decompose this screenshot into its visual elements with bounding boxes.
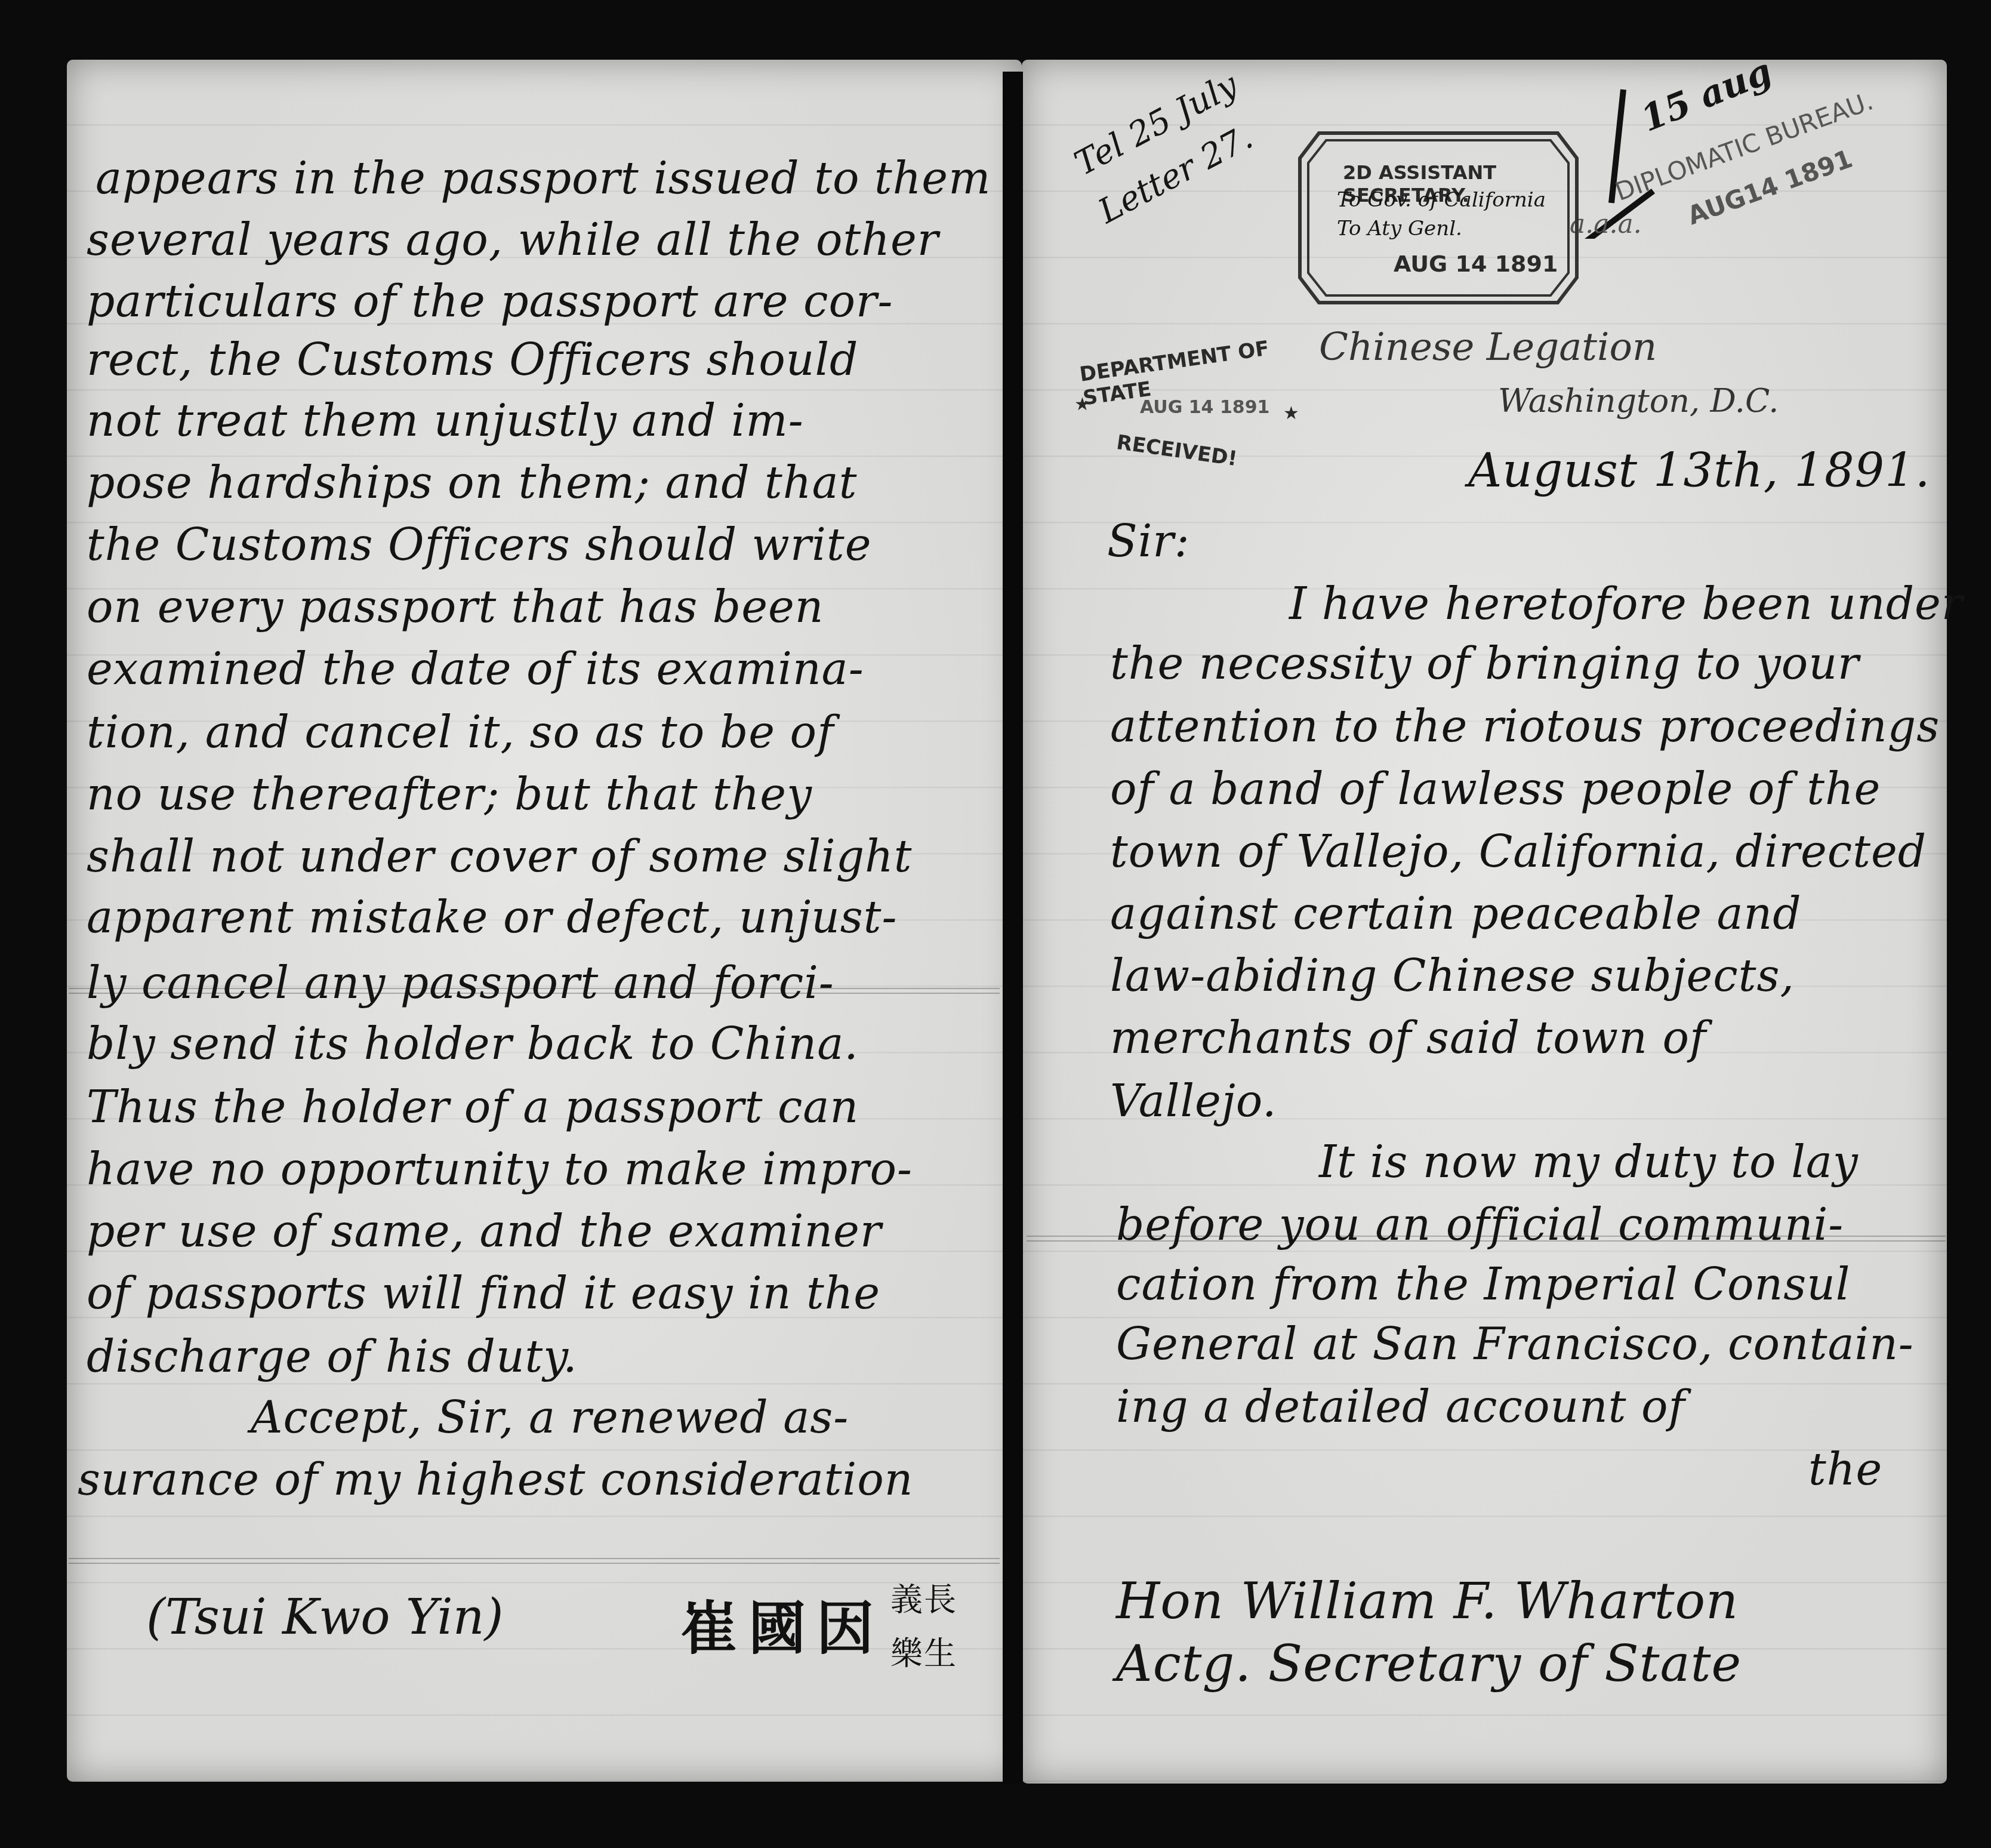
text-line: several years ago, while all the other — [87, 218, 939, 262]
text-line: of a band of lawless people of the — [1110, 767, 1881, 811]
text-line: rect, the Customs Officers should — [87, 338, 858, 382]
text-line: have no opportunity to make impro- — [87, 1147, 913, 1191]
text-line: pose hardships on them; and that — [87, 461, 857, 505]
star-icon: ★ — [1074, 394, 1090, 415]
addressee-title: Actg. Secretary of State — [1116, 1638, 1742, 1689]
page-gutter — [1003, 72, 1023, 1785]
stamp-note: To Aty Genl. — [1337, 217, 1462, 241]
seal-char: 義 — [890, 1575, 923, 1621]
department-of-state-stamp: DEPARTMENT OF STATE ★ AUG 14 1891 ★ RECE… — [1068, 334, 1319, 489]
text-line: on every passport that has been — [87, 585, 824, 629]
text-line: examined the date of its examina- — [87, 647, 864, 691]
text-line: I have heretofore been under — [1289, 582, 1963, 626]
text-line: of passports will find it easy in the — [87, 1271, 880, 1316]
text-line: the — [1808, 1447, 1882, 1492]
text-line: bly send its holder back to China. — [87, 1022, 859, 1066]
assistant-secretary-stamp: 2D ASSISTANT SECRETARY. To Gov. of Calif… — [1295, 128, 1582, 307]
text-line: apparent mistake or defect, unjust- — [87, 895, 898, 940]
text-line: ing a detailed account of — [1116, 1385, 1685, 1429]
seal-char: 生 — [924, 1628, 956, 1674]
text-line: no use thereafter; but that they — [87, 772, 812, 817]
letterhead-location: Washington, D.C. — [1498, 382, 1779, 420]
seal-char: 長 — [924, 1575, 956, 1621]
text-line: discharge of his duty. — [87, 1335, 578, 1379]
letterhead-organization: Chinese Legation — [1319, 325, 1657, 369]
stamp-date: AUG 14 1891 — [1140, 397, 1269, 418]
text-line: attention to the riotous proceedings — [1110, 704, 1940, 749]
ruled-line — [69, 1558, 1000, 1564]
text-line: It is now my duty to lay — [1319, 1140, 1859, 1184]
text-line: the necessity of bringing to your — [1110, 642, 1859, 686]
text-line: Accept, Sir, a renewed as- — [251, 1396, 849, 1440]
text-line: surance of my highest consideration — [78, 1458, 913, 1502]
letter-date: August 13th, 1891. — [1468, 448, 1931, 494]
text-line: cation from the Imperial Consul — [1116, 1262, 1850, 1307]
text-line: ly cancel any passport and forci- — [87, 961, 834, 1005]
text-line: appears in the passport issued to them — [95, 156, 991, 201]
text-line: Vallejo. — [1110, 1079, 1277, 1123]
stamp-received: RECEIVED! — [1115, 430, 1238, 471]
text-line: per use of same, and the examiner — [87, 1209, 882, 1253]
text-line: shall not under cover of some slight — [87, 834, 913, 879]
text-line: particulars of the passport are cor- — [87, 279, 893, 324]
text-line: General at San Francisco, contain- — [1116, 1322, 1914, 1366]
text-line: Thus the holder of a passport can — [87, 1085, 859, 1129]
signature-romanized: (Tsui Kwo Yin) — [146, 1589, 504, 1646]
text-line: town of Vallejo, California, directed — [1110, 830, 1927, 874]
salutation: Sir: — [1107, 519, 1190, 563]
star-icon: ★ — [1283, 403, 1299, 424]
text-line: merchants of said town of — [1110, 1016, 1706, 1060]
stamp-note: To Gov. of California — [1337, 188, 1546, 212]
text-line: against certain peaceable and — [1110, 892, 1802, 936]
text-line: tion, and cancel it, so as to be of — [87, 710, 834, 754]
text-line: law-abiding Chinese subjects, — [1110, 954, 1795, 998]
addressee-name: Hon William F. Wharton — [1116, 1576, 1739, 1626]
text-line: not treat them unjustly and im- — [87, 399, 804, 443]
stamp-date: AUG 14 1891 — [1394, 251, 1558, 277]
text-line: the Customs Officers should write — [87, 523, 871, 567]
seal-char: 樂 — [890, 1628, 923, 1674]
seal-stamp: 長 生 樂 義 — [889, 1569, 955, 1682]
text-line: before you an official communi- — [1116, 1203, 1844, 1247]
signature-chinese: 崔國因 — [680, 1583, 884, 1665]
